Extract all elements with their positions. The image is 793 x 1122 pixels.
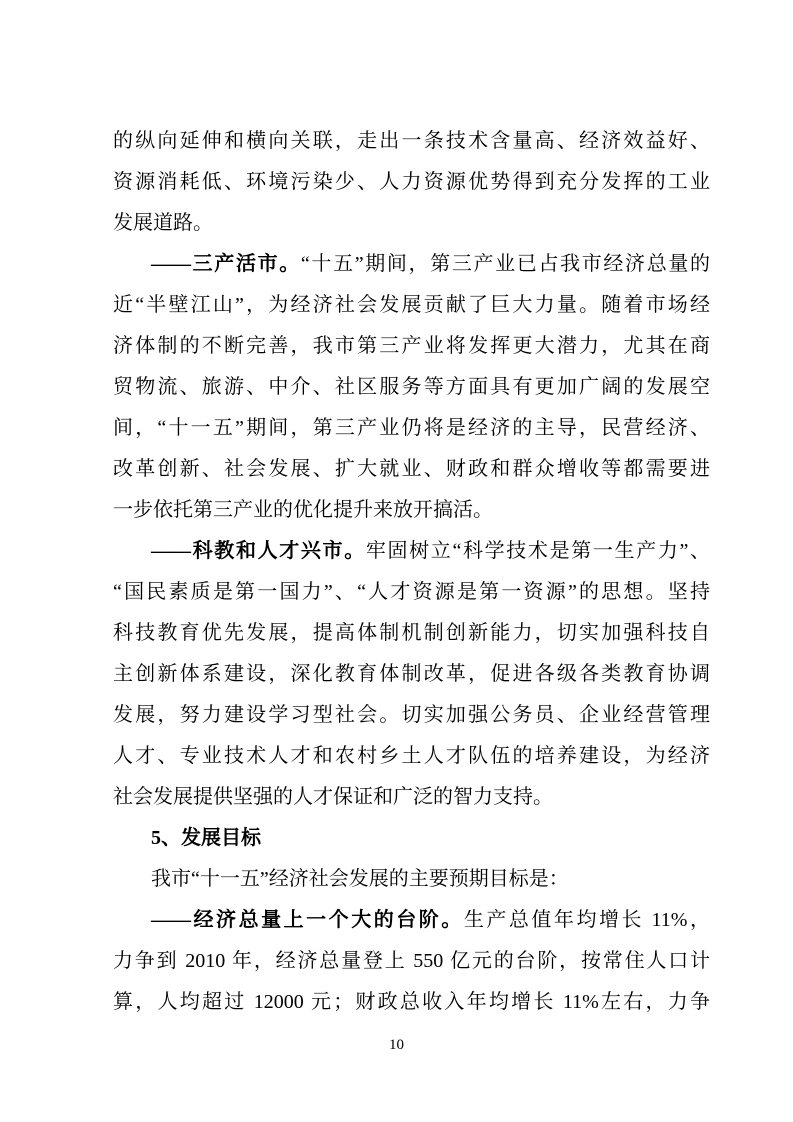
text-line: 力争到 2010 年，经济总量登上 550 亿元的台阶，按常住人口计 xyxy=(113,941,710,982)
text-line: 算，人均超过 12000 元；财政总收入年均增长 11%左右，力争 xyxy=(113,982,710,1023)
text-run: 资源消耗低、环境污染少、人力资源优势得到充分发挥的工业 xyxy=(113,171,710,193)
text-run: 人才、专业技术人才和农村乡土人才队伍的培养建设，为经济 xyxy=(113,745,710,767)
text-run: 间，“十一五”期间，第三产业仍将是经济的主导，民营经济、 xyxy=(113,417,710,439)
text-line: 社会发展提供坚强的人才保证和广泛的智力支持。 xyxy=(113,777,710,818)
text-line: 发展道路。 xyxy=(113,203,710,244)
text-run: 一步依托第三产业的优化提升来放开搞活。 xyxy=(113,499,493,521)
text-line: ——科教和人才兴市。牢固树立“科学技术是第一生产力”、 xyxy=(113,531,710,572)
text-run: 力争到 2010 年，经济总量登上 550 亿元的台阶，按常住人口计 xyxy=(113,950,710,972)
text-run: 生产总值年均增长 11%， xyxy=(464,909,710,931)
text-run: 近“半壁江山”，为经济社会发展贡献了巨大力量。随着市场经 xyxy=(113,294,710,316)
text-line: 主创新体系建设，深化教育体制改革，促进各级各类教育协调 xyxy=(113,654,710,695)
text-line: “国民素质是第一国力”、“人才资源是第一资源”的思想。坚持 xyxy=(113,572,710,613)
text-line: ——经济总量上一个大的台阶。生产总值年均增长 11%， xyxy=(113,900,710,941)
text-run: “国民素质是第一国力”、“人才资源是第一资源”的思想。坚持 xyxy=(113,581,710,603)
text-run: 算，人均超过 12000 元；财政总收入年均增长 11%左右，力争 xyxy=(113,991,710,1013)
text-run: 发展道路。 xyxy=(113,212,213,234)
text-line: 发展，努力建设学习型社会。切实加强公务员、企业经营管理 xyxy=(113,695,710,736)
bold-text-run: ——科教和人才兴市。 xyxy=(151,540,366,562)
text-run: 牢固树立“科学技术是第一生产力”、 xyxy=(366,540,710,562)
text-line: 资源消耗低、环境污染少、人力资源优势得到充分发挥的工业 xyxy=(113,162,710,203)
bold-text-run: ——经济总量上一个大的台阶。 xyxy=(151,909,464,931)
bold-text-run: 5、发展目标 xyxy=(151,827,261,849)
text-line: 一步依托第三产业的优化提升来放开搞活。 xyxy=(113,490,710,531)
text-run: “十五”期间，第三产业已占我市经济总量的 xyxy=(301,253,710,275)
text-run: 的纵向延伸和横向关联，走出一条技术含量高、经济效益好、 xyxy=(113,130,710,152)
text-run: 主创新体系建设，深化教育体制改革，促进各级各类教育协调 xyxy=(113,663,710,685)
text-run: 社会发展提供坚强的人才保证和广泛的智力支持。 xyxy=(113,786,553,808)
text-line: 我市“十一五”经济社会发展的主要预期目标是： xyxy=(113,859,710,900)
text-line: 人才、专业技术人才和农村乡土人才队伍的培养建设，为经济 xyxy=(113,736,710,777)
text-line: 的纵向延伸和横向关联，走出一条技术含量高、经济效益好、 xyxy=(113,121,710,162)
text-line: ——三产活市。“十五”期间，第三产业已占我市经济总量的 xyxy=(113,244,710,285)
text-line: 济体制的不断完善，我市第三产业将发挥更大潜力，尤其在商 xyxy=(113,326,710,367)
text-run: 我市“十一五”经济社会发展的主要预期目标是： xyxy=(151,868,569,890)
text-line: 科技教育优先发展，提高体制机制创新能力，切实加强科技自 xyxy=(113,613,710,654)
text-line: 近“半壁江山”，为经济社会发展贡献了巨大力量。随着市场经 xyxy=(113,285,710,326)
page-number: 10 xyxy=(0,1035,793,1055)
text-line: 5、发展目标 xyxy=(113,818,710,859)
text-line: 改革创新、社会发展、扩大就业、财政和群众增收等都需要进 xyxy=(113,449,710,490)
text-run: 济体制的不断完善，我市第三产业将发挥更大潜力，尤其在商 xyxy=(113,335,710,357)
text-run: 贸物流、旅游、中介、社区服务等方面具有更加广阔的发展空 xyxy=(113,376,710,398)
text-run: 科技教育优先发展，提高体制机制创新能力，切实加强科技自 xyxy=(113,622,710,644)
document-page: 的纵向延伸和横向关联，走出一条技术含量高、经济效益好、资源消耗低、环境污染少、人… xyxy=(0,0,793,1122)
bold-text-run: ——三产活市。 xyxy=(151,253,301,275)
text-run: 改革创新、社会发展、扩大就业、财政和群众增收等都需要进 xyxy=(113,458,710,480)
text-run: 发展，努力建设学习型社会。切实加强公务员、企业经营管理 xyxy=(113,704,710,726)
document-body: 的纵向延伸和横向关联，走出一条技术含量高、经济效益好、资源消耗低、环境污染少、人… xyxy=(113,121,710,1023)
text-line: 间，“十一五”期间，第三产业仍将是经济的主导，民营经济、 xyxy=(113,408,710,449)
text-line: 贸物流、旅游、中介、社区服务等方面具有更加广阔的发展空 xyxy=(113,367,710,408)
